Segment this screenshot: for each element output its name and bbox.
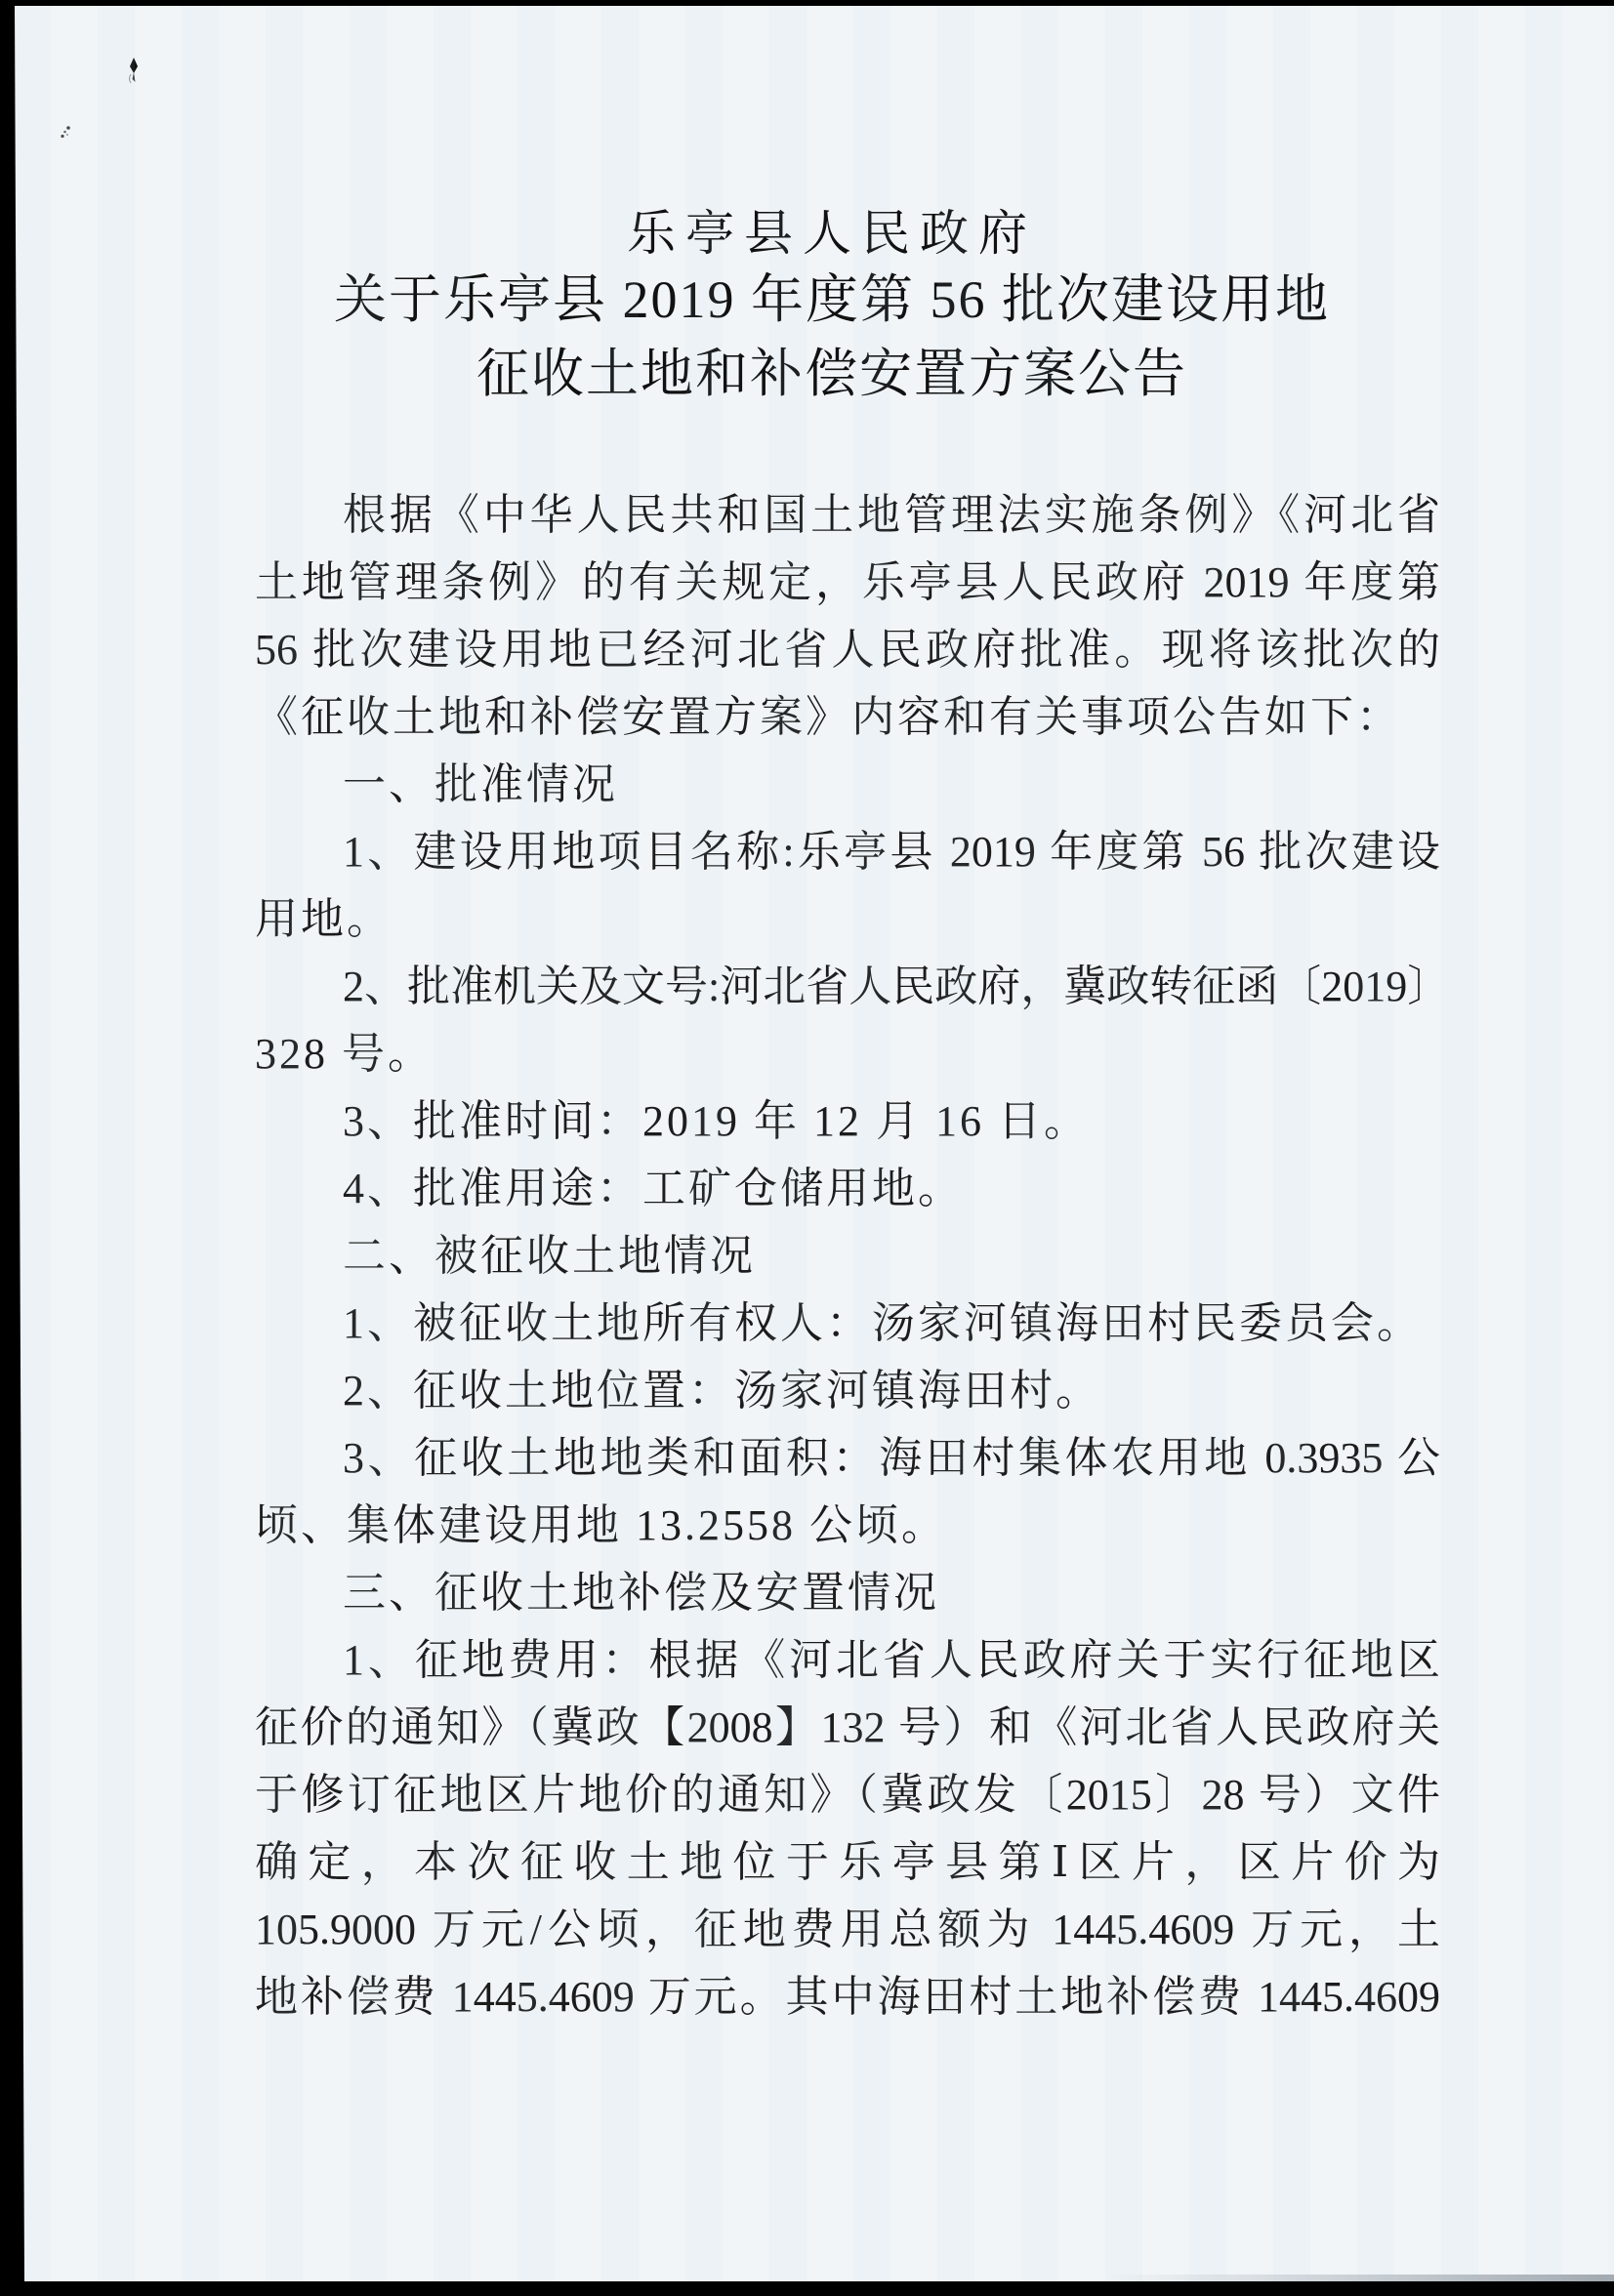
title-line-subject-2: 征收土地和补偿安置方案公告 bbox=[239, 337, 1425, 411]
document-page: 乐亭县人民政府 关于乐亭县 2019 年度第 56 批次建设用地 征收土地和补偿… bbox=[14, 6, 1614, 2281]
body-line: 328 号。 bbox=[255, 1020, 1440, 1087]
body-line: 105.9000 万元/公顷，征地费用总额为 1445.4609 万元，土 bbox=[255, 1896, 1440, 1963]
body-line: 用地。 bbox=[255, 885, 1440, 953]
scanned-document: { "document": { "title_lines": [ "乐亭县人民政… bbox=[0, 0, 1614, 2296]
title-line-subject: 关于乐亭县 2019 年度第 56 批次建设用地 bbox=[239, 263, 1425, 337]
document-title: 乐亭县人民政府 关于乐亭县 2019 年度第 56 批次建设用地 征收土地和补偿… bbox=[239, 6, 1425, 411]
body-line: 1、征地费用：根据《河北省人民政府关于实行征地区 bbox=[255, 1626, 1440, 1694]
body-line: 根据《中华人民共和国土地管理法实施条例》《河北省 bbox=[255, 481, 1440, 549]
title-line-government: 乐亭县人民政府 bbox=[239, 204, 1425, 263]
body-line: 2、批准机关及文号:河北省人民政府，冀政转征函〔2019〕 bbox=[255, 953, 1440, 1020]
section-heading: 一、批准情况 bbox=[255, 751, 1440, 818]
document-content: 乐亭县人民政府 关于乐亭县 2019 年度第 56 批次建设用地 征收土地和补偿… bbox=[255, 6, 1440, 2030]
body-line: 4、批准用途：工矿仓储用地。 bbox=[255, 1155, 1440, 1222]
body-line: 3、征收土地地类和面积：海田村集体农用地 0.3935 公 bbox=[255, 1424, 1440, 1492]
document-body: 根据《中华人民共和国土地管理法实施条例》《河北省 土地管理条例》的有关规定，乐亭… bbox=[255, 481, 1440, 2030]
body-line: 于修订征地区片地价的通知》（冀政发〔2015〕28 号）文件 bbox=[255, 1761, 1440, 1828]
body-line: 征价的通知》（冀政【2008】132 号）和《河北省人民政府关 bbox=[255, 1694, 1440, 1761]
body-line: 土地管理条例》的有关规定，乐亭县人民政府 2019 年度第 bbox=[255, 549, 1440, 616]
scan-smudge bbox=[1106, 2275, 1614, 2281]
body-line: 《征收土地和补偿安置方案》内容和有关事项公告如下： bbox=[255, 683, 1440, 751]
body-line: 3、批准时间：2019 年 12 月 16 日。 bbox=[255, 1087, 1440, 1155]
body-line: 地补偿费 1445.4609 万元。其中海田村土地补偿费 1445.4609 bbox=[255, 1963, 1440, 2030]
section-heading: 三、征收土地补偿及安置情况 bbox=[255, 1559, 1440, 1626]
body-line: 2、征收土地位置：汤家河镇海田村。 bbox=[255, 1357, 1440, 1424]
body-line: 1、建设用地项目名称:乐亭县 2019 年度第 56 批次建设 bbox=[255, 818, 1440, 885]
body-line: 确定，本次征收土地位于乐亭县第Ⅰ区片，区片价为 bbox=[255, 1828, 1440, 1896]
section-heading: 二、被征收土地情况 bbox=[255, 1222, 1440, 1290]
ink-speck bbox=[59, 123, 74, 145]
body-line: 1、被征收土地所有权人：汤家河镇海田村民委员会。 bbox=[255, 1290, 1440, 1357]
body-line: 56 批次建设用地已经河北省人民政府批准。现将该批次的 bbox=[255, 616, 1440, 683]
ink-speck bbox=[127, 58, 141, 92]
body-line: 顷、集体建设用地 13.2558 公顷。 bbox=[255, 1492, 1440, 1559]
